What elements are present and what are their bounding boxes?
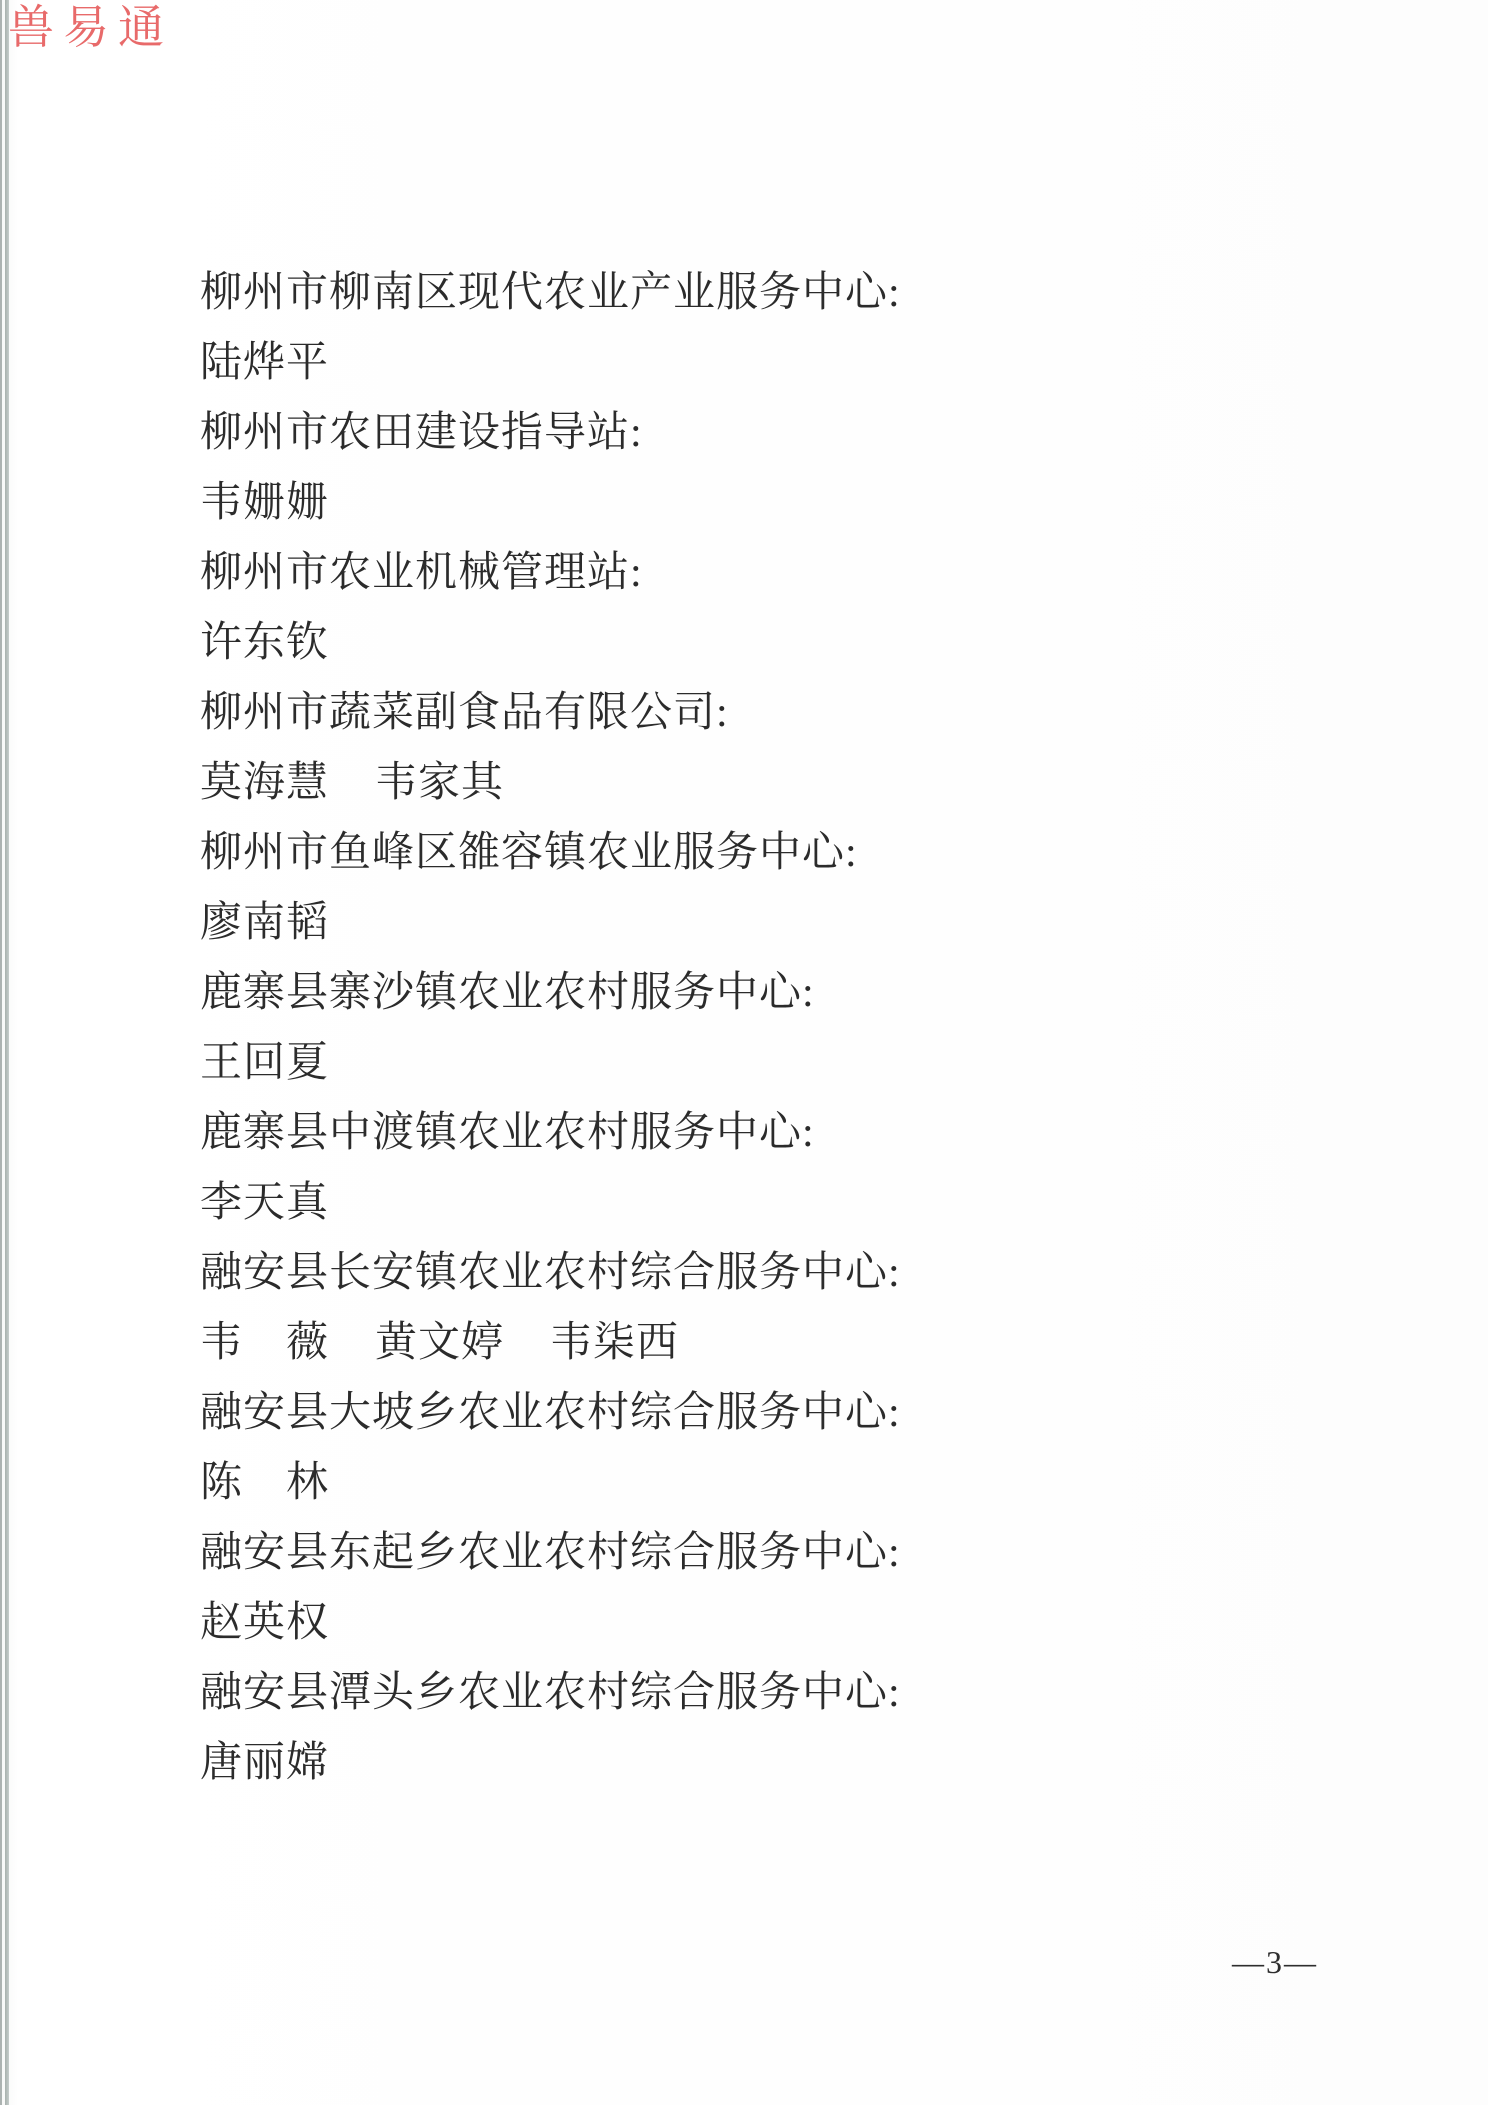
name-line: 陆烨平 (200, 328, 1300, 398)
person-name: 许东钦 (200, 620, 329, 666)
person-name: 韦姗姗 (200, 480, 329, 526)
org-line: 鹿寨县中渡镇农业农村服务中心: (200, 1098, 1300, 1168)
name-line: 韦姗姗 (200, 468, 1300, 538)
person-name: 赵英权 (200, 1600, 329, 1646)
name-line: 陈 林 (200, 1448, 1300, 1518)
org-line: 融安县东起乡农业农村综合服务中心: (200, 1518, 1300, 1588)
person-name: 陆烨平 (200, 340, 329, 386)
org-line: 柳州市蔬菜副食品有限公司: (200, 678, 1300, 748)
person-name: 黄文婷 (375, 1320, 504, 1366)
name-line: 许东钦 (200, 608, 1300, 678)
name-line: 廖南韬 (200, 888, 1300, 958)
watermark-text: 兽易通 (8, 0, 173, 56)
person-name: 韦 薇 (200, 1320, 329, 1366)
person-name: 韦家其 (375, 760, 504, 806)
person-name: 莫海慧 (200, 760, 329, 806)
name-line: 李天真 (200, 1168, 1300, 1238)
person-name: 李天真 (200, 1180, 329, 1226)
person-name: 陈 林 (200, 1460, 329, 1506)
org-line: 融安县大坡乡农业农村综合服务中心: (200, 1378, 1300, 1448)
org-line: 融安县长安镇农业农村综合服务中心: (200, 1238, 1300, 1308)
org-line: 柳州市柳南区现代农业产业服务中心: (200, 258, 1300, 328)
person-name: 王回夏 (200, 1040, 329, 1086)
person-name: 韦柒西 (550, 1320, 679, 1366)
scan-edge-shadow (0, 0, 2, 2105)
name-line: 莫海慧韦家其 (200, 748, 1300, 818)
org-line: 柳州市农田建设指导站: (200, 398, 1300, 468)
page-number: —3— (1232, 1944, 1318, 1981)
appointment-list: 柳州市柳南区现代农业产业服务中心: 陆烨平 柳州市农田建设指导站: 韦姗姗 柳州… (200, 258, 1300, 1798)
person-name: 唐丽嫦 (200, 1740, 329, 1786)
scanned-document-page: 兽易通 柳州市柳南区现代农业产业服务中心: 陆烨平 柳州市农田建设指导站: 韦姗… (0, 0, 1488, 2105)
name-line: 韦 薇黄文婷韦柒西 (200, 1308, 1300, 1378)
scan-edge-line (5, 0, 9, 2105)
org-line: 柳州市鱼峰区雒容镇农业服务中心: (200, 818, 1300, 888)
person-name: 廖南韬 (200, 900, 329, 946)
org-line: 鹿寨县寨沙镇农业农村服务中心: (200, 958, 1300, 1028)
org-line: 柳州市农业机械管理站: (200, 538, 1300, 608)
name-line: 赵英权 (200, 1588, 1300, 1658)
org-line: 融安县潭头乡农业农村综合服务中心: (200, 1658, 1300, 1728)
name-line: 王回夏 (200, 1028, 1300, 1098)
name-line: 唐丽嫦 (200, 1728, 1300, 1798)
